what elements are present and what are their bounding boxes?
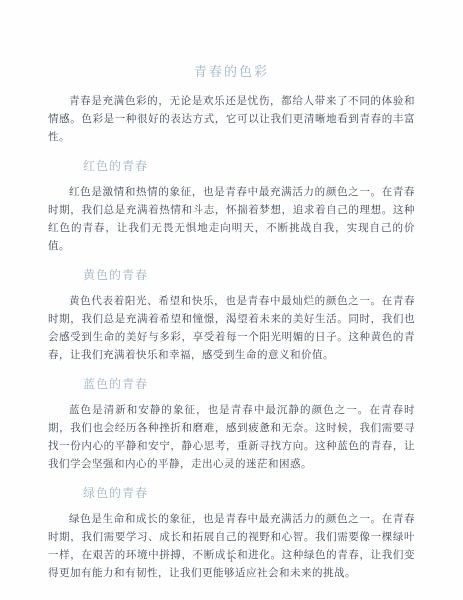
section-heading-green: 绿色的青春 <box>83 486 415 501</box>
section-paragraph-blue: 蓝色是清新和安静的象征，也是青春中最沉静的颜色之一。在青春时期，我们也会经历各种… <box>48 402 415 474</box>
page-number: 1 <box>0 554 463 564</box>
intro-paragraph: 青春是充满色彩的，无论是欢乐还是忧伤，都给人带来了不同的体验和情感。色彩是一种很… <box>48 93 415 147</box>
section-paragraph-red: 红色是激情和热情的象征，也是青春中最充满活力的颜色之一。在青春时期，我们总是充满… <box>48 184 415 256</box>
section-heading-yellow: 黄色的青春 <box>83 268 415 283</box>
section-green-youth: 绿色的青春 绿色是生命和成长的象征，也是青春中最充满活力的颜色之一。在青春时期，… <box>48 486 415 583</box>
section-blue-youth: 蓝色的青春 蓝色是清新和安静的象征，也是青春中最沉静的颜色之一。在青春时期，我们… <box>48 377 415 474</box>
section-heading-blue: 蓝色的青春 <box>83 377 415 392</box>
section-yellow-youth: 黄色的青春 黄色代表着阳光、希望和快乐，也是青春中最灿烂的颜色之一。在青春时期，… <box>48 268 415 365</box>
section-paragraph-yellow: 黄色代表着阳光、希望和快乐，也是青春中最灿烂的颜色之一。在青春时期，我们总是充满… <box>48 293 415 365</box>
document-title: 青春的色彩 <box>48 64 415 80</box>
document-page: 青春的色彩 青春是充满色彩的，无论是欢乐还是忧伤，都给人带来了不同的体验和情感。… <box>0 0 463 600</box>
section-paragraph-green: 绿色是生命和成长的象征，也是青春中最充满活力的颜色之一。在青春时期，我们需要学习… <box>48 511 415 583</box>
section-red-youth: 红色的青春 红色是激情和热情的象征，也是青春中最充满活力的颜色之一。在青春时期，… <box>48 159 415 256</box>
section-heading-red: 红色的青春 <box>83 159 415 174</box>
